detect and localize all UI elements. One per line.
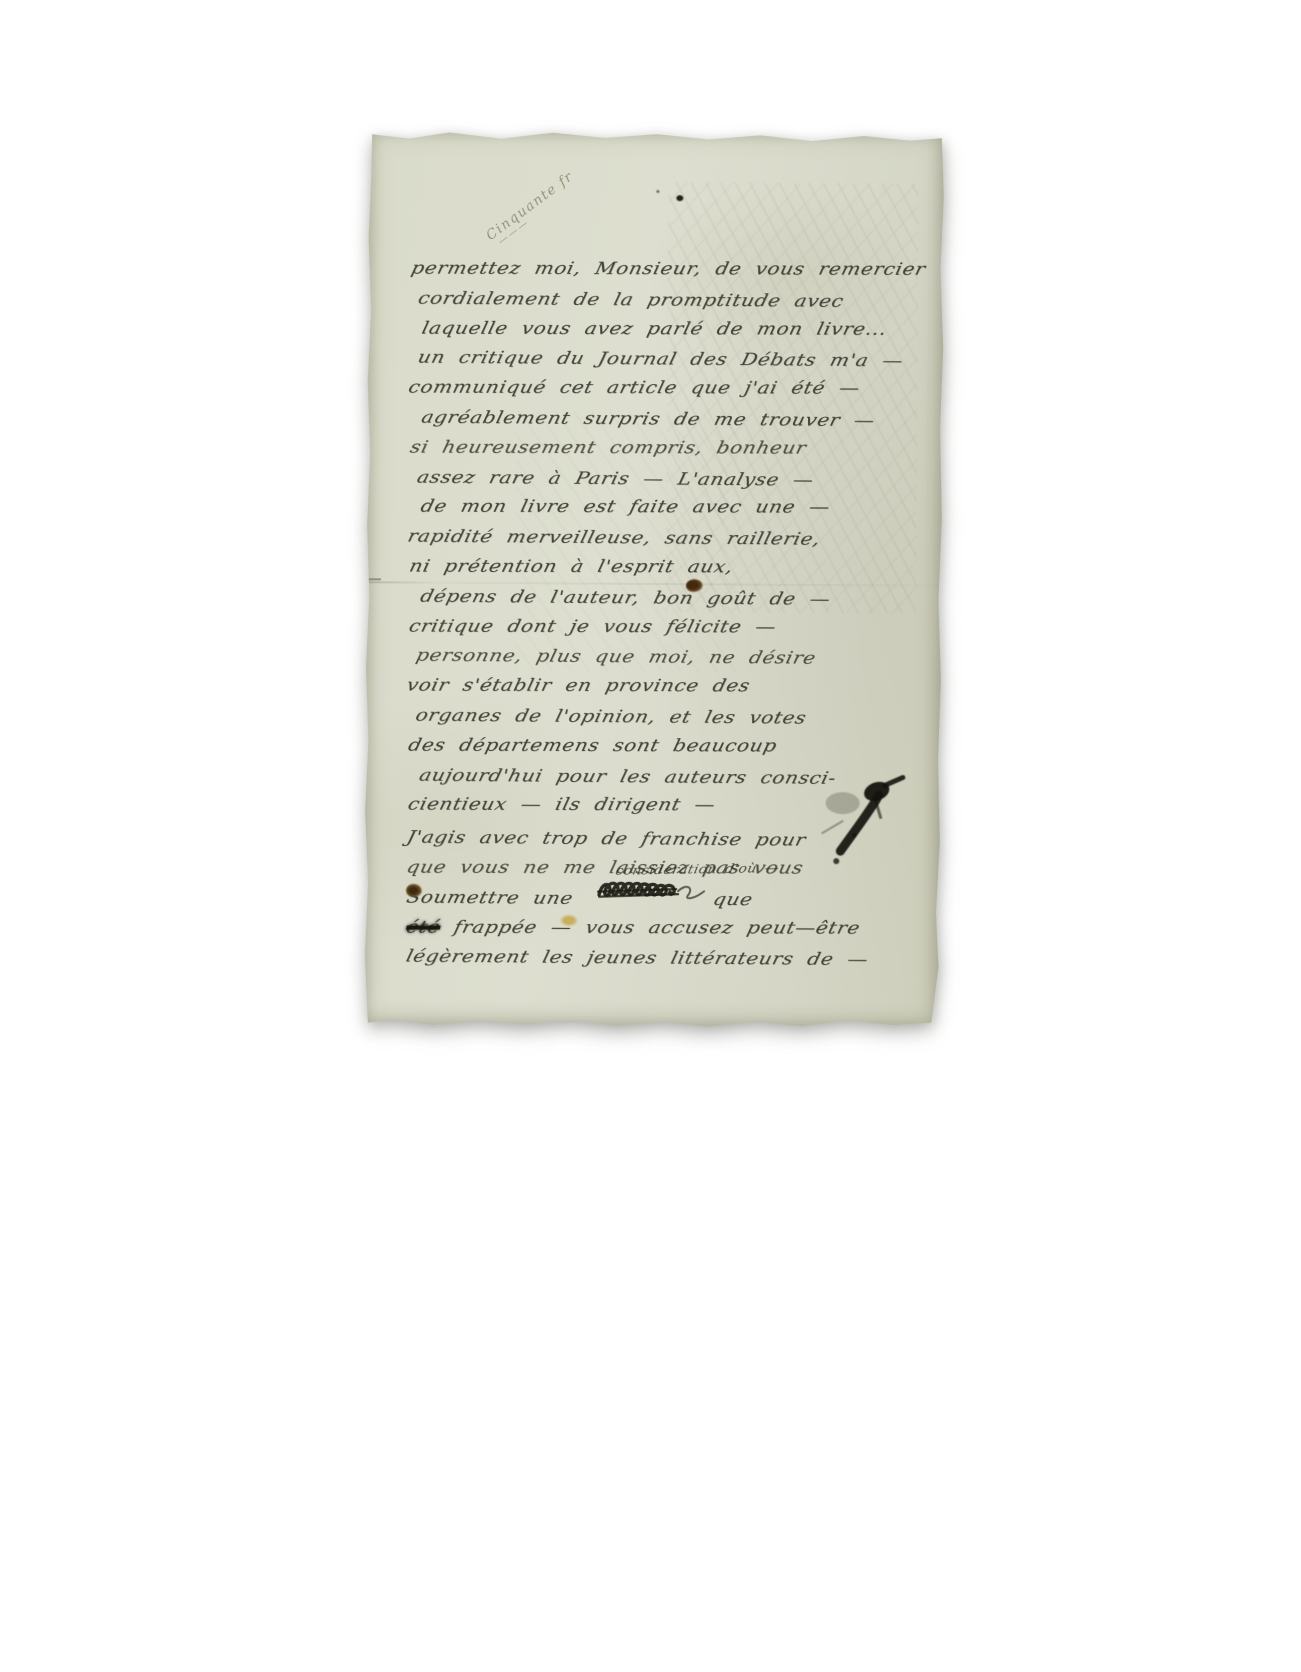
struck-word: été [404,917,442,937]
manuscript-line: ni prétention à l'esprit aux, [406,552,945,583]
fold-crease-edge-mark [366,578,381,580]
pencil-inscription: Cinquante fr ——— [483,169,582,251]
pencil-inscription-line1: Cinquante fr [483,169,576,244]
manuscript-line: été frappée — vous accusez peut—être [403,913,945,944]
ink-speck [656,190,659,193]
manuscript-line: cordialement de la promptitude avec [415,284,945,318]
manuscript-line: voir s'établir en province des [403,672,944,703]
manuscript-line: de mon livre est faite avec une — [417,493,944,524]
manuscript-line: dépens de l'auteur, bon goût de — [417,582,945,616]
manuscript-line: critique dont je vous félicite — [406,612,945,643]
manuscript-line: des départemens sont beaucoup [405,731,945,762]
manuscript-line: organes de l'opinion, et les votes [412,702,945,736]
letter-paper: Cinquante fr ——— permettez moi, Monsieur… [363,130,944,1030]
manuscript-line: laquelle vous avez parlé de mon livre... [418,314,944,345]
manuscript-line: si heureusement compris, bonheur [407,433,945,464]
interline-insertion: considération d'où — [614,860,781,878]
manuscript-line: communiqué cet article que j'ai été — [405,374,945,405]
ink-blot-icon [814,773,907,878]
letter-paper-wrap: Cinquante fr ——— permettez moi, Monsieur… [363,130,944,1030]
manuscript-line: permettez moi, Monsieur, de vous remerci… [408,255,945,286]
manuscript-line: légèrement les jeunes littérateurs de — [403,943,945,977]
manuscript-line: agréablement surpris de me trouver — [418,404,945,438]
ink-speck [676,195,683,201]
scribbled-out-word [586,904,698,905]
ink-scribble-icon [596,879,708,904]
photo-canvas: Cinquante fr ——— permettez moi, Monsieur… [0,0,1301,1672]
